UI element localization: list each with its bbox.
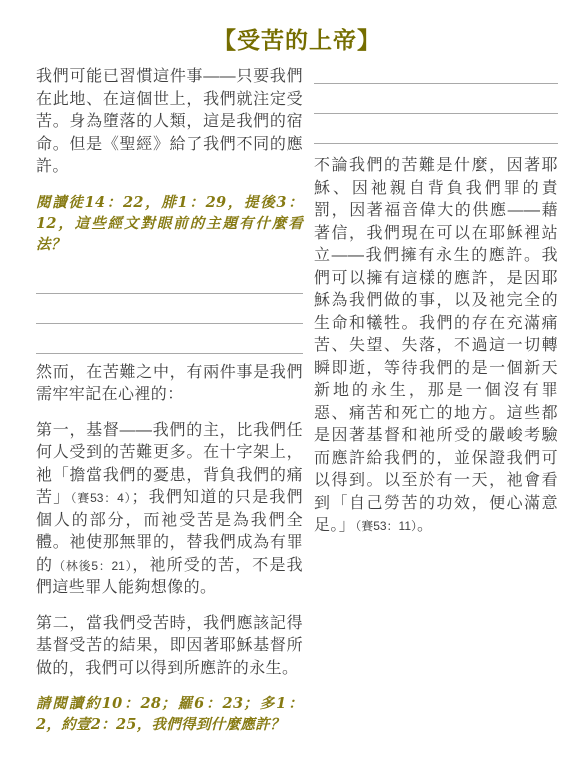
answer-lines-group-1 <box>36 264 303 354</box>
left-column: 我們可能已習慣這件事——只要我們在此地、在這個世上，我們就注定受苦。身為墮落的人… <box>36 66 303 744</box>
answer-line <box>314 66 558 84</box>
paragraph-transition: 然而，在苦難之中，有兩件事是我們需牢牢記在心裡的： <box>36 362 303 407</box>
study-question-2: 請閱讀約10：28；羅6：23；多1：2，約壹2：25，我們得到什麼應許？ <box>36 693 303 735</box>
answer-line <box>36 264 303 294</box>
text-segment: 不論我們的苦難是什麼，因著耶穌、因祂親自背負我們罪的責罰，因著福音偉大的供應——… <box>314 157 558 534</box>
text-segment: 。 <box>417 517 433 534</box>
two-column-layout: 我們可能已習慣這件事——只要我們在此地、在這個世上，我們就注定受苦。身為墮落的人… <box>36 66 558 744</box>
study-question-1: 閱讀徒14：22，腓1：29，提後3：12，這些經文對眼前的主題有什麼看法？ <box>36 192 303 255</box>
answer-line <box>36 324 303 354</box>
answer-line <box>314 84 558 114</box>
answer-line <box>36 294 303 324</box>
right-column: 不論我們的苦難是什麼，因著耶穌、因祂親自背負我們罪的責罰，因著福音偉大的供應——… <box>314 66 558 744</box>
scripture-reference: （賽53：4） <box>70 491 131 505</box>
answer-lines-group-2 <box>314 66 558 144</box>
paragraph-point-one: 第一，基督——我們的主，比我們任何人受到的苦難更多。在十字架上，祂「擔當我們的憂… <box>36 420 303 600</box>
paragraph-point-two: 第二，當我們受苦時，我們應該記得基督受苦的結果，即因著耶穌基督所做的，我們可以得… <box>36 613 303 681</box>
document-page: 【受苦的上帝】 我們可能已習慣這件事——只要我們在此地、在這個世上，我們就注定受… <box>0 0 588 763</box>
answer-line <box>314 114 558 144</box>
page-title: 【受苦的上帝】 <box>36 22 558 55</box>
scripture-reference: （賽53：11） <box>355 519 417 533</box>
scripture-reference: （林後5：21） <box>53 559 132 573</box>
paragraph-intro: 我們可能已習慣這件事——只要我們在此地、在這個世上，我們就注定受苦。身為墮落的人… <box>36 66 303 179</box>
paragraph-conclusion: 不論我們的苦難是什麼，因著耶穌、因祂親自背負我們罪的責罰，因著福音偉大的供應——… <box>314 155 558 538</box>
